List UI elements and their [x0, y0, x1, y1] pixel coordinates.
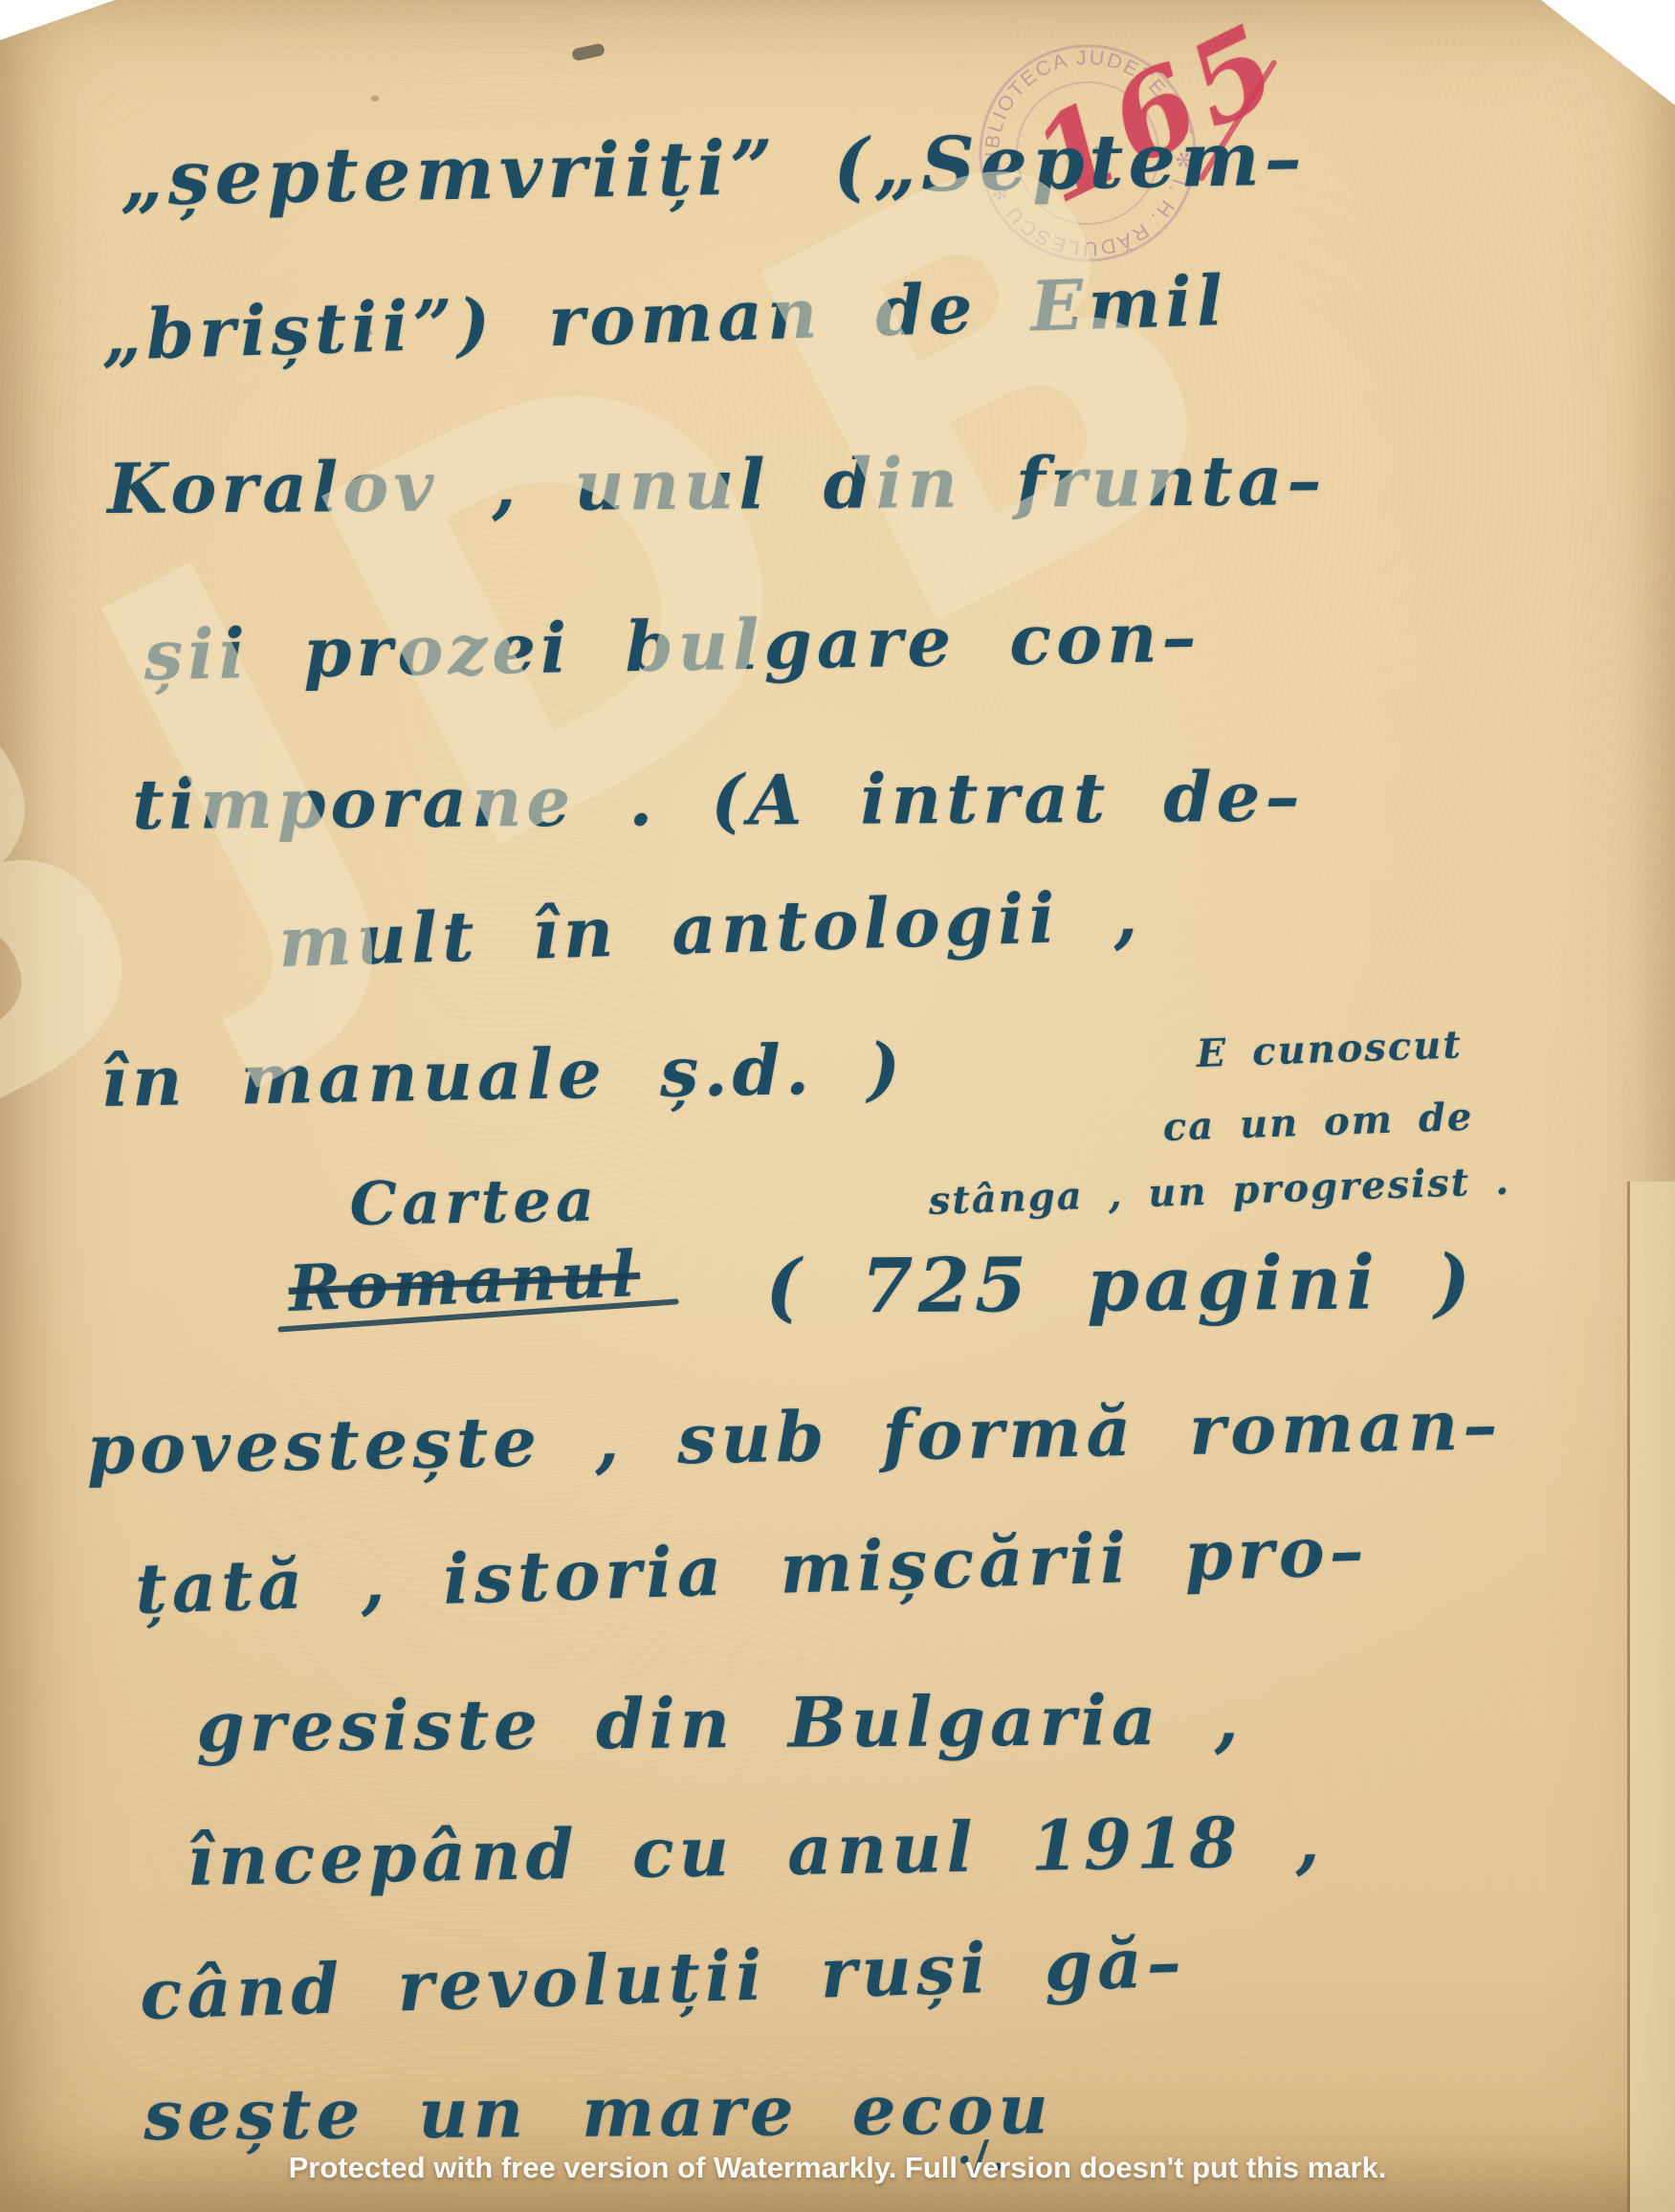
manuscript-line: când revoluții ruși gă–: [139, 1921, 1187, 2035]
interlinear-insertion: stânga , un progresist .: [928, 1159, 1511, 1224]
scan-corner-top-left: [0, 0, 115, 40]
scan-edge-line: [1627, 1182, 1630, 2212]
correction-word: Cartea: [349, 1164, 600, 1239]
scan-edge-strip: [1630, 1182, 1675, 2212]
manuscript-line: povestește , sub formă roman–: [86, 1383, 1503, 1490]
manuscript-page: BIBLIOTECA JUDEȚEANĂ ✻ I. H. RĂDULESCU ✻…: [0, 0, 1675, 2212]
page-count-note: ( 725 pagini ): [765, 1239, 1475, 1331]
interlinear-insertion: ca un om de: [1162, 1095, 1474, 1150]
manuscript-line: gresiste din Bulgaria ,: [196, 1678, 1244, 1767]
scan-corner-top-right: [1541, 0, 1675, 105]
watermarkly-notice: Protected with free version of Watermark…: [289, 2151, 1387, 2185]
manuscript-line: „briștii”) roman de Emil: [100, 259, 1228, 376]
manuscript-line: șii prozei bulgare con–: [143, 596, 1201, 696]
manuscript-line: timporane . (A intrat de–: [132, 755, 1305, 845]
paper-speck: [571, 43, 606, 62]
crossed-out-word: Romanul: [287, 1236, 642, 1326]
manuscript-line: sește un mare ecou: [143, 2068, 1053, 2156]
manuscript-line: începând cu anul 1918 ,: [187, 1800, 1325, 1901]
paper-speck: [371, 96, 379, 101]
manuscript-line: Koralov , unul din frunta–: [107, 439, 1327, 529]
paper-speck: [365, 329, 372, 336]
manuscript-line: țată , istoria mișcării pro–: [134, 1509, 1370, 1628]
interlinear-insertion: E cunoscut: [1196, 1022, 1464, 1076]
manuscript-line: mult în antologii ,: [277, 874, 1143, 983]
manuscript-line: în manuale ș.d. ): [100, 1027, 906, 1122]
